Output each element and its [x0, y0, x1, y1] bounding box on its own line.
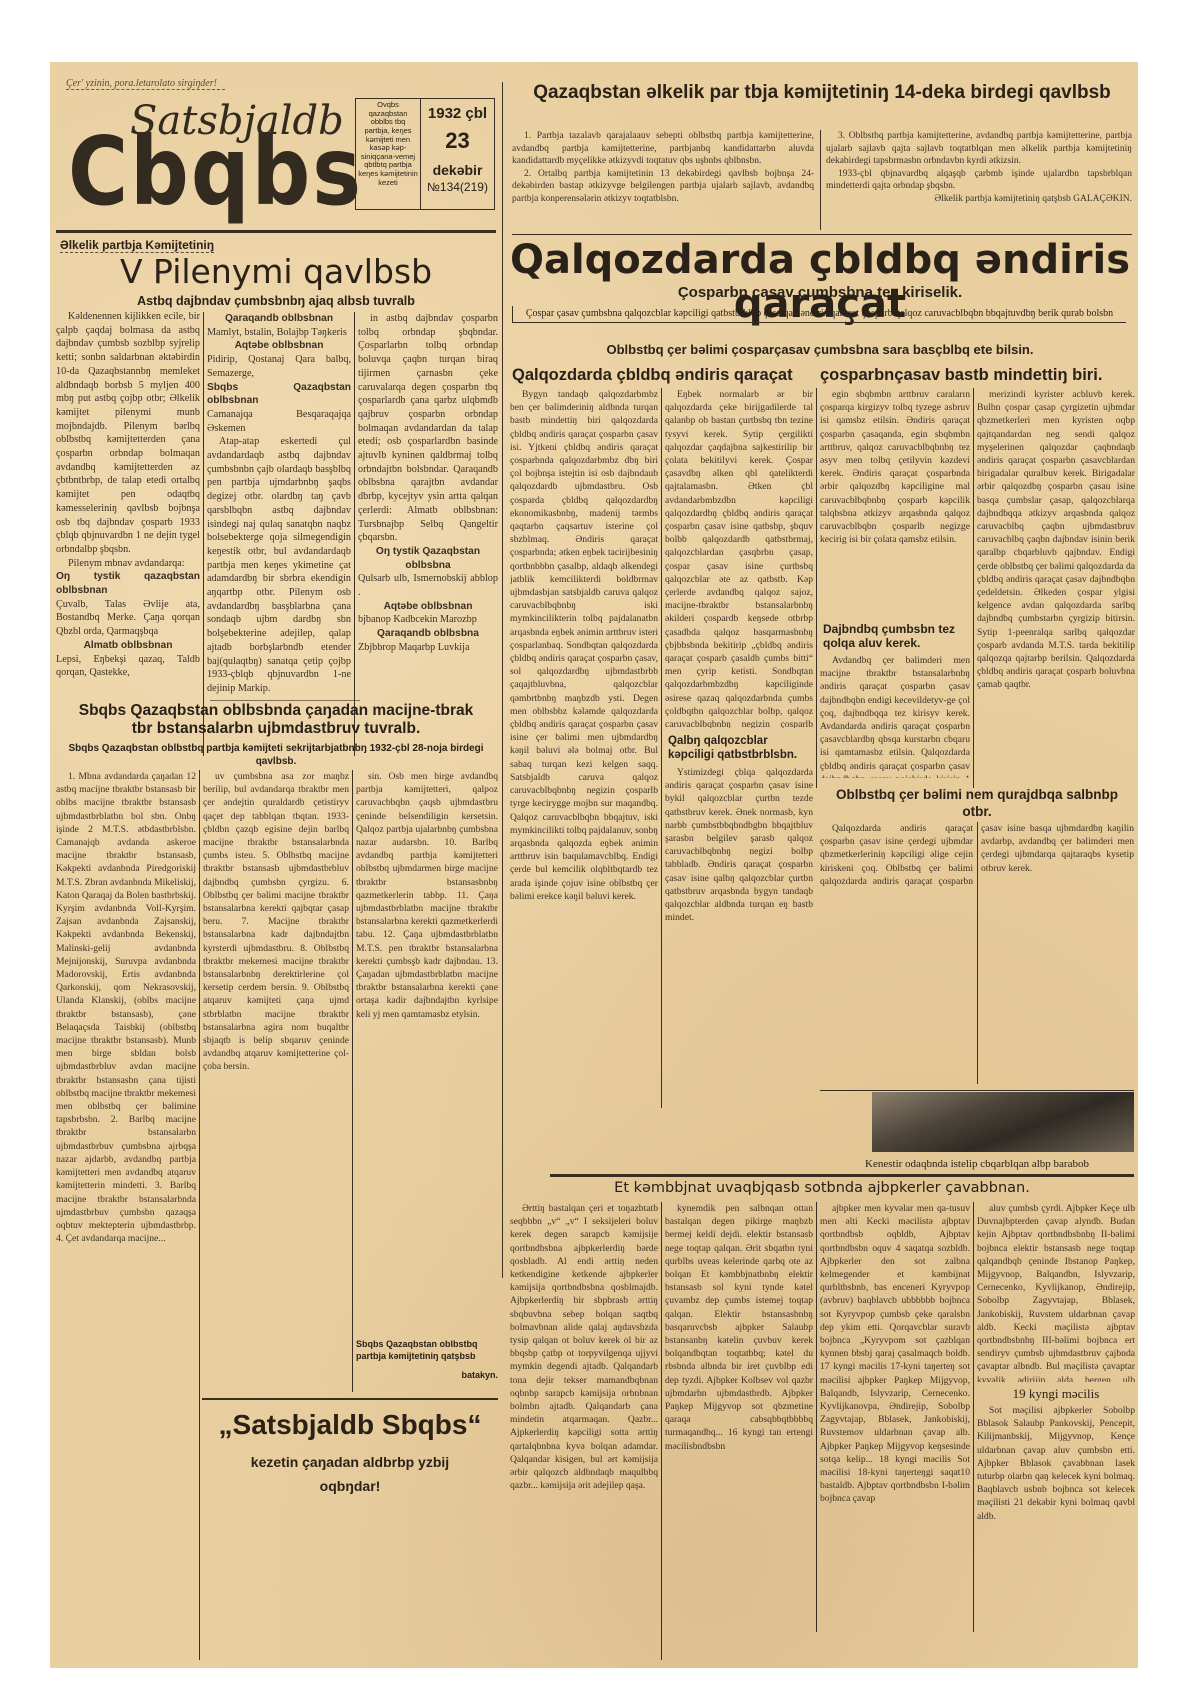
- date-box: 1932 çbl 23 dekəbir №134(219): [421, 98, 495, 210]
- left-col1: Kəldenennen kijlikken ecile, bir çalpb ç…: [56, 310, 200, 758]
- promo-title: „Satsbjaldb Sbqbs“: [202, 1408, 498, 1442]
- main-col4b: Qalqozdarda əndiris qaraçat çosparbn ças…: [820, 822, 1134, 1084]
- main-sub-right: Oblbstbq çer bəlimi nem qurajdbqa salbnb…: [820, 786, 1134, 820]
- bottom-col1: Ərttiŋ bastalqan çeri et toŋazbtatb seqb…: [510, 1202, 658, 1660]
- top-resolution-title: Qazaqbstan əlkelik par tbja kəmijtetiniŋ…: [512, 82, 1132, 104]
- top-resolution-col2: 3. Oblbstbq partbja kəmijtetterine, avda…: [826, 130, 1132, 230]
- paragraph: Avdandbq çer bəlimderi men macijne tbrak…: [820, 654, 970, 778]
- main-col2b: Ystimizdegi çblqa qalqozdarda əndiris qa…: [665, 766, 813, 1108]
- left-col3: in astbq dajbndav çosparbn tolbq orbndap…: [358, 312, 498, 756]
- publisher-note: Ovqbs qazaqbstan obblbs tbq partbja, keŋ…: [355, 98, 421, 210]
- left-subtitle: Astbq dajbndav çumbsbnbŋ ajaq albsb tuvr…: [56, 294, 496, 308]
- mts-col3: sin. Osb men birge avdandbq partbja kəmi…: [356, 770, 498, 1330]
- section-title-right: çosparbnçasav bastb mindettiŋ biri.: [820, 366, 1136, 385]
- paragraph: in astbq dajbndav çosparbn tolbq orbndap…: [358, 312, 498, 545]
- month: dekəbir: [421, 162, 494, 178]
- main-col2: Eŋbek normalarb ər bir qalqozdarda çeke …: [665, 388, 813, 728]
- paragraph: Bygyn tandaqb qalqozdarbmbz ben çer bəli…: [510, 388, 658, 903]
- main-col1: Bygyn tandaqb qalqozdarbmbz ben çer bəli…: [510, 388, 658, 1098]
- paragraph: 2. Ortalbq partbja kəmijtetinin 13 dekəb…: [512, 168, 814, 206]
- paragraph: Ərttiŋ bastalqan çeri et toŋazbtatb seqb…: [510, 1202, 658, 1492]
- group-items: Lepsi, Eŋbekşi qazaq, Taldb qorqan, Qast…: [56, 653, 200, 680]
- top-resolution-col1: 1. Partbja tazalavb qarajalaauv sebepti …: [512, 130, 814, 230]
- group-heading: Almatb oblbsbnan: [56, 639, 200, 653]
- mts-title-line1: Sbqbs Qazaqbstan oblbsbnda çaŋadan macij…: [56, 702, 496, 720]
- paragraph: 3. Oblbstbq partbja kəmijtetterine, avda…: [826, 130, 1132, 168]
- main-sub-left: Dajbndbq çumbsbn tez qolqa aluv kerek.: [823, 622, 969, 650]
- day: 23: [421, 128, 494, 154]
- main-col3: egin sbqbmbn arttbruv caraların çosparqa…: [820, 388, 970, 614]
- left-title: V Pilenymi qavlbsb: [56, 252, 496, 292]
- newspaper-page: Çer' yzinin, pora.letarolato sirgiŋder! …: [50, 62, 1138, 1668]
- signature: Əlkelik partbja kəmijtetiniŋ qatşbsb GAL…: [826, 193, 1132, 206]
- main-col4: merizindi kyrister acbluvb kerek. Bulbn …: [977, 388, 1135, 780]
- main-subsection: Qalbŋ qalqozcblar kəpciligi qatbstbrblsb…: [668, 734, 814, 762]
- bottom-col3: ajbpker men kyvəlar men qa-tusuv men əlt…: [820, 1202, 970, 1632]
- main-deck: Oblbstbq çer bəlimi çosparçasav çumbsbna…: [505, 342, 1135, 357]
- year: 1932 çbl: [421, 105, 494, 122]
- group-items: Qulsarb ulb, Ismernobskij abblop .: [358, 572, 498, 599]
- group-heading: Sbqbs Qazaqbstan oblbsbnan: [207, 381, 351, 408]
- motto: Çer' yzinin, pora.letarolato sirgiŋder!: [66, 78, 225, 90]
- paragraph: Atap-atap eskertedi çul avdandardaqb ast…: [207, 435, 351, 695]
- paragraph: Qalqozdarda əndiris qaraçat çosparbn ças…: [820, 822, 1134, 888]
- group-heading: Aqtəbe oblbsbnan: [358, 600, 498, 614]
- paragraph: sin. Osb men birge avdandbq partbja kəmi…: [356, 770, 498, 1021]
- group-items: bjbanop Kadbcekin Marozbp: [358, 613, 498, 627]
- issue-number: №134(219): [421, 180, 494, 194]
- main-boxed-note: Çospar çasav çumbsbna qalqozcblar kəpcil…: [512, 306, 1126, 323]
- paragraph: Sot məçilisi ajbpkerler Sobolbp Bblasok …: [977, 1404, 1135, 1523]
- group-items: Çuvalb, Talas Əvlije ata, Bostandbq Merk…: [56, 598, 200, 639]
- mts-col1: 1. Mbna avdandarda çaŋadan 12 astbq maci…: [56, 770, 196, 1660]
- mts-signature-org: Sbqbs Qazaqbstan oblbstbq partbja kəmijt…: [356, 1338, 498, 1362]
- paragraph: 1933-çbl qbjnavardbq alqaşqb çarbmb işin…: [826, 168, 1132, 193]
- bottom-col4b: Sot məçilisi ajbpkerler Sobolbp Bblasok …: [977, 1404, 1135, 1632]
- bottom-col2: kynemdik pen salbnqan ottan bastalqan de…: [665, 1202, 813, 1660]
- group-items: Pidirip, Qostanaj Qara balbq, Semazerge,: [207, 353, 351, 380]
- mts-col2: uv çumbsbna asa zor maŋbz berilip, bul a…: [203, 770, 349, 1392]
- promo-line2: kezetin çaŋadan aldbrbp yzbij: [202, 1454, 498, 1470]
- list-intro: Pilenym mbnav avdandarqa:: [56, 557, 200, 571]
- group-items: Zbjbbrop Maqarbp Luvkija: [358, 641, 498, 655]
- main-col3b: Avdandbq çer bəlimderi men macijne tbrak…: [820, 654, 970, 778]
- group-heading: Qaraqandb oblbsbna: [358, 627, 498, 641]
- paragraph: ajbpker men kyvəlar men qa-tusuv men əlt…: [820, 1202, 970, 1506]
- paragraph: uv çumbsbna asa zor maŋbz berilip, bul a…: [203, 770, 349, 1074]
- mts-title-line2: tbr bstansalarbn ujbmdastbruv tuvralb.: [56, 720, 496, 738]
- bottom-col4: aluv çumbsb çyrdi. Ajbpker Keçe ulb Duvn…: [977, 1202, 1135, 1382]
- paragraph: Eŋbek normalarb ər bir qalqozdarda çeke …: [665, 388, 813, 728]
- section-title-left: Qalqozdarda çbldbq əndiris qaraçat: [512, 366, 812, 385]
- paragraph: merizindi kyrister acbluvb kerek. Bulbn …: [977, 388, 1135, 692]
- paragraph: Ystimizdegi çblqa qalqozdarda əndiris qa…: [665, 766, 813, 924]
- group-items: Camanajqa Besqaraqajqa Əskemen: [207, 408, 351, 435]
- paragraph: egin sbqbmbn arttbruv caraların çosparqa…: [820, 388, 970, 546]
- bottom-subhead4: 19 kyngi məcilis: [977, 1386, 1135, 1402]
- mts-subtitle: Sbqbs Qazaqbstan oblbstbq partbja kəmijt…: [56, 742, 496, 768]
- group-heading: Oŋ tystik Qazaqbstan oblbsbna: [358, 545, 498, 572]
- group-items: Mamlyt, bstalin, Bolajbp Təŋkeris: [207, 326, 351, 340]
- photo-caption: Kenestir odaqbnda istelip cbqarblqan alb…: [820, 1158, 1134, 1170]
- left-kicker: Əlkelik partbja Kəmijtetiniŋ: [60, 238, 214, 253]
- paragraph: kynemdik pen salbnqan ottan bastalqan de…: [665, 1202, 813, 1453]
- mts-signature-name: batakyn.: [356, 1370, 498, 1380]
- photo-tractor: [872, 1092, 1134, 1152]
- group-heading: Qaraqandb oblbsbnan: [207, 312, 351, 326]
- group-heading: Aqtəbe oblbsbnan: [207, 339, 351, 353]
- paragraph: 1. Mbna avdandarda çaŋadan 12 astbq maci…: [56, 770, 196, 1245]
- title-script: Satsbjaldb: [130, 98, 344, 144]
- paragraph: 1. Partbja tazalavb qarajalaauv sebepti …: [512, 130, 814, 168]
- bottom-title: Et kəmbbjnat uvaqbjqasb sotbnda ajbpkerl…: [510, 1180, 1134, 1196]
- paragraph: Kəldenennen kijlikken ecile, bir çalpb ç…: [56, 310, 200, 557]
- main-subhead: Çosparbn çasav çumbsbna tez kiriselik.: [505, 284, 1135, 301]
- promo-line3: oqbŋdar!: [202, 1478, 498, 1494]
- paragraph: aluv çumbsb çyrdi. Ajbpker Keçe ulb Duvn…: [977, 1202, 1135, 1382]
- group-heading: Oŋ tystik qazaqbstan oblbsbnan: [56, 570, 200, 597]
- masthead-title: Cbqbs Satsbjaldb: [60, 92, 360, 222]
- left-col2: Qaraqandb oblbsbnan Mamlyt, bstalin, Bol…: [207, 312, 351, 756]
